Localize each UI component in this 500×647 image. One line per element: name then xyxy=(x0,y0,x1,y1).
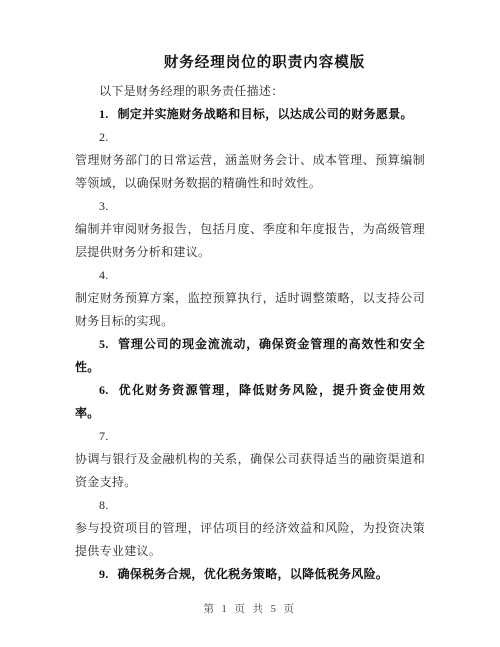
document-page: 财务经理岗位的职责内容模版 以下是财务经理的职务责任描述： 1.制定并实施财务战… xyxy=(0,0,500,647)
item-number: 5. xyxy=(99,337,118,351)
duty-item-2-text: 管理财务部门的日常运营，涵盖财务会计、成本管理、预算编制等领域，以确保财务数据的… xyxy=(75,149,425,195)
page-footer: 第 1 页 共 5 页 xyxy=(0,601,500,616)
duty-item-4-text: 制定财务预算方案，监控预算执行，适时调整策略，以支持公司财务目标的实现。 xyxy=(75,287,425,333)
duty-item-4-number: 4. xyxy=(75,264,425,287)
duty-item-7-number: 7. xyxy=(75,425,425,448)
item-number: 2. xyxy=(99,130,109,144)
duty-item-8-number: 8. xyxy=(75,494,425,517)
item-number: 8. xyxy=(99,498,109,512)
duty-item-1: 1.制定并实施财务战略和目标，以达成公司的财务愿景。 xyxy=(75,103,425,126)
intro-paragraph: 以下是财务经理的职务责任描述： xyxy=(75,80,425,103)
duty-item-9: 9.确保税务合规，优化税务策略，以降低税务风险。 xyxy=(75,563,425,586)
item-number: 7. xyxy=(99,429,109,443)
page-number-label: 第 1 页 共 5 页 xyxy=(203,604,296,615)
item-number: 4. xyxy=(99,268,109,282)
item-text: 管理公司的现金流流动，确保资金管理的高效性和安全性。 xyxy=(75,337,425,374)
duty-item-5: 5.管理公司的现金流流动，确保资金管理的高效性和安全性。 xyxy=(75,333,425,379)
item-text: 优化财务资源管理，降低财务风险，提升资金使用效率。 xyxy=(75,383,425,420)
item-text: 确保税务合规，优化税务策略，以降低税务风险。 xyxy=(118,567,389,581)
item-number: 9. xyxy=(99,567,118,581)
item-number: 1. xyxy=(99,107,118,121)
duty-item-8-text: 参与投资项目的管理，评估项目的经济效益和风险，为投资决策提供专业建议。 xyxy=(75,517,425,563)
document-body: 财务经理岗位的职责内容模版 以下是财务经理的职务责任描述： 1.制定并实施财务战… xyxy=(0,0,500,586)
item-number: 3. xyxy=(99,199,109,213)
item-number: 6. xyxy=(99,383,118,397)
duty-item-6: 6.优化财务资源管理，降低财务风险，提升资金使用效率。 xyxy=(75,379,425,425)
item-text: 制定并实施财务战略和目标，以达成公司的财务愿景。 xyxy=(118,107,413,121)
duty-item-7-text: 协调与银行及金融机构的关系，确保公司获得适当的融资渠道和资金支持。 xyxy=(75,448,425,494)
duty-item-3-text: 编制并审阅财务报告，包括月度、季度和年度报告，为高级管理层提供财务分析和建议。 xyxy=(75,218,425,264)
document-title: 财务经理岗位的职责内容模版 xyxy=(75,50,425,76)
duty-item-3-number: 3. xyxy=(75,195,425,218)
duty-item-2-number: 2. xyxy=(75,126,425,149)
